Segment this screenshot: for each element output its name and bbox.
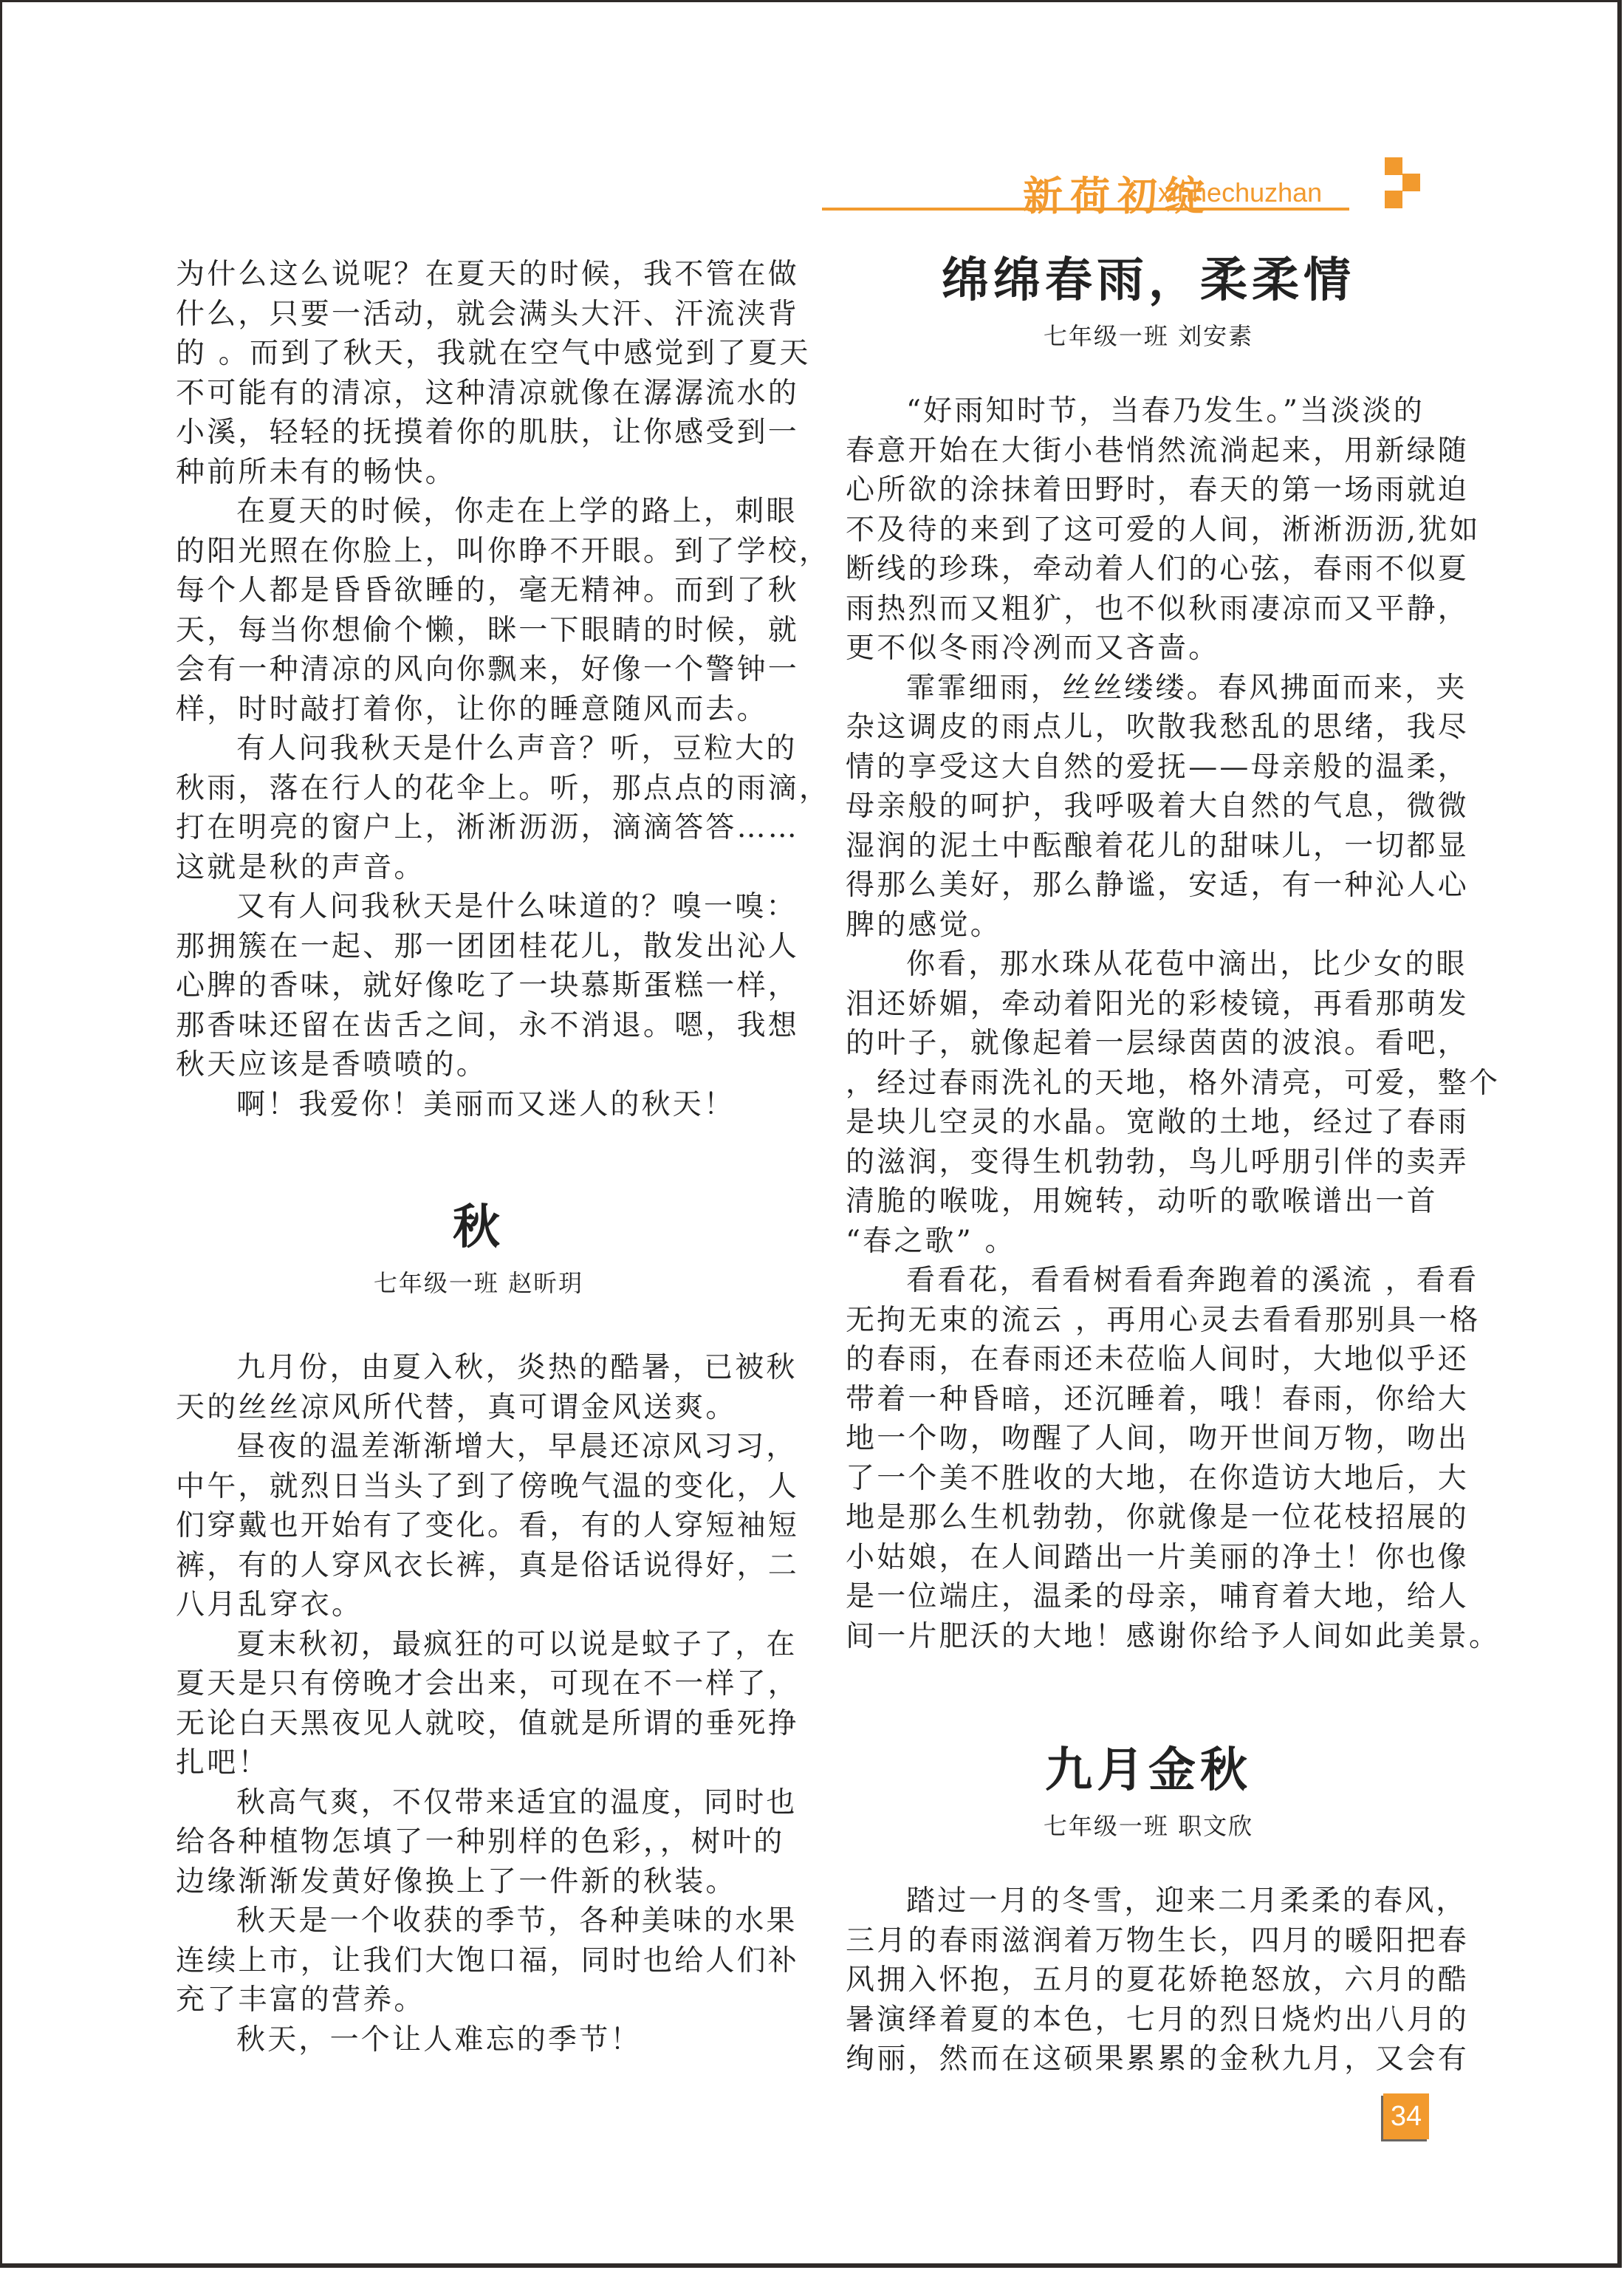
text-line: 心脾的香味，就好像吃了一块慕斯蛋糕一样， [176,966,781,1006]
text-line: 的滋润，变得生机勃勃，鸟儿呼朋引伴的卖弄 [846,1143,1451,1183]
text-line: 为什么这么说呢？在夏天的时候，我不管在做 [176,255,781,295]
article-byline: 七年级一班 职文欣 [846,1804,1451,1848]
text-line: 雨热烈而又粗犷，也不似秋雨凄凉而又平静， [846,589,1451,629]
text-line: 的 。而到了秋天，我就在空气中感觉到了夏天 [176,334,781,374]
continued-article: 为什么这么说呢？在夏天的时候，我不管在做什么，只要一活动，就会满头大汗、汗流浃背… [176,255,781,1124]
text-line: 秋天，一个让人难忘的季节！ [176,2020,781,2060]
text-line: 风拥入怀抱，五月的夏花娇艳怒放，六月的酷 [846,1960,1451,2000]
text-line: 绚丽，然而在这硕果累累的金秋九月，又会有 [846,2040,1451,2079]
article-byline: 七年级一班 赵昕玥 [176,1261,781,1305]
text-line: 脾的感觉。 [846,906,1451,946]
checker-square-icon [1385,157,1402,175]
text-line: 是块儿空灵的水晶。宽敞的土地，经过了春雨 [846,1103,1451,1143]
text-line: 霏霏细雨，丝丝缕缕。春风拂面而来，夹 [846,669,1451,708]
article-title: 九月金秋 [846,1737,1451,1804]
text-line: 母亲般的呵护，我呼吸着大自然的气息，微微 [846,787,1451,827]
text-line: 天，每当你想偷个懒，眯一下眼睛的时候，就 [176,611,781,651]
checker-square-icon [1402,174,1420,191]
text-line: 啊！我爱你！美丽而又迷人的秋天！ [176,1085,781,1125]
article-body: “好雨知时节，当春乃发生。”当淡淡的春意开始在大街小巷悄然流淌起来，用新绿随心所… [846,392,1451,1656]
text-line: 你看，那水珠从花苞中滴出，比少女的眼 [846,945,1451,985]
text-line: 九月份，由夏入秋，炎热的酷暑，已被秋 [176,1348,781,1388]
text-line: “好雨知时节，当春乃发生。”当淡淡的 [846,392,1451,431]
section-header: 新荷初绽 xinhechuzhan [812,133,1551,244]
text-line: 清脆的喉咙，用婉转，动听的歌喉谱出一首 [846,1182,1451,1222]
text-line: 的春雨，在春雨还未莅临人间时，大地似乎还 [846,1340,1451,1380]
text-line: 地一个吻，吻醒了人间，吻开世间万物，吻出 [846,1419,1451,1459]
text-line: 会有一种清凉的风向你飘来，好像一个警钟一 [176,650,781,690]
text-line: 八月乱穿衣。 [176,1585,781,1625]
text-line: 秋雨，落在行人的花伞上。听，那点点的雨滴， [176,769,781,809]
text-line: 又有人问我秋天是什么味道的？嗅一嗅： [176,887,781,927]
article-title: 秋 [176,1194,781,1261]
text-line: 样，时时敲打着你，让你的睡意随风而去。 [176,690,781,730]
text-line: 三月的春雨滋润着万物生长，四月的暖阳把春 [846,1921,1451,1961]
left-column: 为什么这么说呢？在夏天的时候，我不管在做什么，只要一活动，就会满头大汗、汗流浃背… [176,255,781,2059]
text-line: 断线的珍珠，牵动着人们的心弦，春雨不似夏 [846,550,1451,589]
text-line: 小姑娘，在人间踏出一片美丽的净土！你也像 [846,1538,1451,1578]
checker-square-icon [1385,191,1402,208]
article-byline: 七年级一班 刘安素 [846,314,1451,358]
text-line: 那拥簇在一起、那一团团桂花儿，散发出沁人 [176,927,781,967]
text-line: ，经过春雨洗礼的天地，格外清亮，可爱，整个 [846,1064,1451,1104]
text-line: 地是那么生机勃勃，你就像是一位花枝招展的 [846,1498,1451,1538]
text-line: 得那么美好，那么静谧，安适，有一种沁人心 [846,866,1451,906]
text-line: 的阳光照在你脸上，叫你睁不开眼。到了学校， [176,532,781,572]
text-line: 杂这调皮的雨点儿，吹散我愁乱的思绪，我尽 [846,708,1451,748]
text-line: 夏末秋初，最疯狂的可以说是蚊子了，在 [176,1625,781,1665]
text-line: 夏天是只有傍晚才会出来，可现在不一样了， [176,1664,781,1704]
text-line: 看看花，看看树看看奔跑着的溪流 ，看看 [846,1261,1451,1301]
text-line: 小溪，轻轻的抚摸着你的肌肤，让你感受到一 [176,413,781,453]
text-line: 裤，有的人穿风衣长裤，真是俗话说得好，二 [176,1546,781,1586]
text-line: 带着一种昏暗，还沉睡着，哦！春雨，你给大 [846,1380,1451,1420]
text-line: 秋高气爽，不仅带来适宜的温度，同时也 [176,1783,781,1823]
text-line: 间一片肥沃的大地！感谢你给予人间如此美景。 [846,1617,1451,1657]
text-line: 无拘无束的流云 ，再用心灵去看看那别具一格 [846,1301,1451,1341]
text-line: 更不似冬雨冷冽而又吝啬。 [846,629,1451,669]
text-line: 秋天是一个收获的季节，各种美味的水果 [176,1901,781,1941]
text-line: 边缘渐渐发黄好像换上了一件新的秋装。 [176,1862,781,1902]
text-line: 连续上市，让我们大饱口福，同时也给人们补 [176,1941,781,1981]
text-line: 昼夜的温差渐渐增大，早晨还凉风习习， [176,1427,781,1467]
text-line: 打在明亮的窗户上，淅淅沥沥，滴滴答答…… [176,808,781,848]
text-line: 不可能有的清凉，这种清凉就像在潺潺流水的 [176,374,781,414]
text-line: 情的享受这大自然的爱抚——母亲般的温柔， [846,748,1451,787]
text-line: 心所欲的涂抹着田野时，春天的第一场雨就迫 [846,471,1451,510]
text-line: 什么，只要一活动，就会满头大汗、汗流浃背 [176,295,781,335]
text-line: 湿润的泥土中酝酿着花儿的甜味儿，一切都显 [846,827,1451,866]
text-line: 的叶子，就像起着一层绿茵茵的波浪。看吧， [846,1024,1451,1064]
text-line: 无论白天黑夜见人就咬，值就是所谓的垂死挣 [176,1704,781,1744]
text-line: 是一位端庄，温柔的母亲，哺育着大地，给人 [846,1577,1451,1617]
text-line: 们穿戴也开始有了变化。看，有的人穿短袖短 [176,1506,781,1546]
article-title: 绵绵春雨，柔柔情 [846,247,1451,314]
text-line: 暑演绎着夏的本色，七月的烈日烧灼出八月的 [846,2000,1451,2040]
text-line: 踏过一月的冬雪，迎来二月柔柔的春风， [846,1881,1451,1921]
article-body: 踏过一月的冬雪，迎来二月柔柔的春风，三月的春雨滋润着万物生长，四月的暖阳把春风拥… [846,1881,1451,2079]
text-line: 充了丰富的营养。 [176,1980,781,2020]
page-number-badge: 34 [1383,2093,1429,2139]
text-line: “春之歌” 。 [846,1222,1451,1262]
text-line: 天的丝丝凉风所代替，真可谓金风送爽。 [176,1388,781,1428]
text-line: 每个人都是昏昏欲睡的，毫无精神。而到了秋 [176,571,781,611]
text-line: 不及待的来到了这可爱的人间，淅淅沥沥,犹如 [846,510,1451,550]
text-line: 给各种植物怎填了一种别样的色彩，，树叶的 [176,1822,781,1862]
text-line: 种前所未有的畅快。 [176,453,781,493]
text-line: 有人问我秋天是什么声音？听，豆粒大的 [176,729,781,769]
text-line: 那香味还留在齿舌之间，永不消退。嗯，我想 [176,1006,781,1046]
article-body: 九月份，由夏入秋，炎热的酷暑，已被秋天的丝丝凉风所代替，真可谓金风送爽。昼夜的温… [176,1348,781,2059]
text-line: 春意开始在大街小巷悄然流淌起来，用新绿随 [846,431,1451,471]
text-line: 这就是秋的声音。 [176,848,781,888]
text-line: 泪还娇媚，牵动着阳光的彩棱镜，再看那萌发 [846,985,1451,1025]
text-line: 在夏天的时候，你走在上学的路上，刺眼 [176,492,781,532]
section-pinyin: xinhechuzhan [1158,177,1322,208]
text-line: 了一个美不胜收的大地，在你造访大地后，大 [846,1459,1451,1499]
text-line: 秋天应该是香喷喷的。 [176,1045,781,1085]
text-line: 扎吧！ [176,1743,781,1783]
text-line: 中午，就烈日当头了到了傍晚气温的变化，人 [176,1467,781,1507]
right-column: 绵绵春雨，柔柔情 七年级一班 刘安素 “好雨知时节，当春乃发生。”当淡淡的春意开… [846,255,1451,2079]
